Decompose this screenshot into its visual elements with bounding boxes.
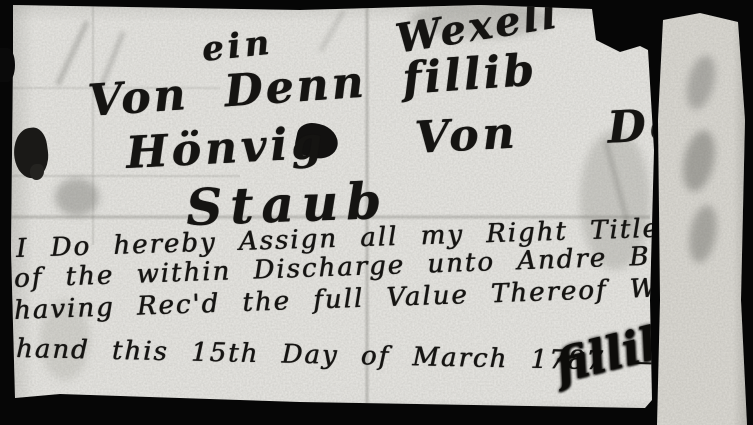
ink-blot	[11, 126, 52, 180]
signature: fillib	[549, 312, 677, 393]
stain	[55, 178, 99, 216]
bleedthrough-mark	[685, 203, 721, 265]
scratch-mark	[319, 10, 345, 52]
bleedthrough-mark	[678, 128, 720, 195]
bleedthrough-mark	[682, 53, 721, 113]
ink-blot	[30, 164, 44, 180]
manuscript-page: ein Wexell Von Denn fillib Hönvig Von De…	[0, 0, 753, 425]
scratch-mark	[55, 20, 89, 86]
border-nick	[0, 48, 15, 82]
scanned-document-image: ein Wexell Von Denn fillib Hönvig Von De…	[0, 0, 753, 425]
